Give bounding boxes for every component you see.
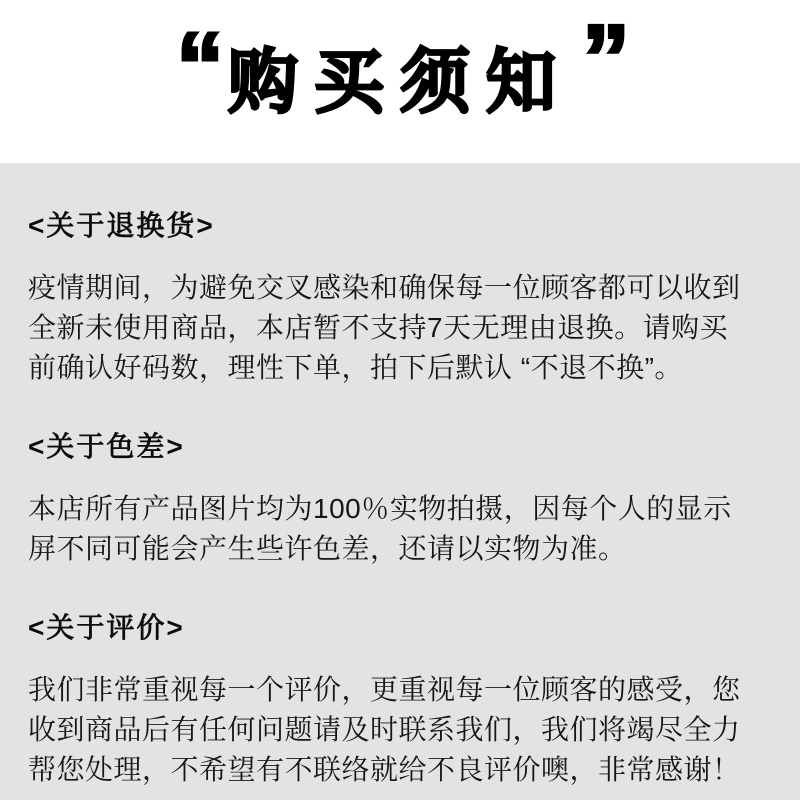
section-returns-body: 疫情期间，为避免交叉感染和确保每一位顾客都可以收到 全新未使用商品，本店暂不支持… — [28, 268, 772, 388]
section-color-difference-body: 本店所有产品图片均为100％实物拍摄，因每个人的显示 屏不同可能会产生些许色差，… — [28, 489, 772, 569]
section-color-difference-heading: <关于色差> — [28, 430, 772, 463]
title-text: 购买须知 — [228, 40, 572, 124]
header: “ 购买须知 ” — [0, 0, 800, 163]
section-reviews: <关于评价> 我们非常重视每一个评价，更重视每一位顾客的感受，您 收到商品后有任… — [28, 611, 772, 790]
purchase-notice-page: “ 购买须知 ” <关于退换货> 疫情期间，为避免交叉感染和确保每一位顾客都可以… — [0, 0, 800, 800]
section-returns-heading: <关于退换货> — [28, 209, 772, 242]
section-color-difference: <关于色差> 本店所有产品图片均为100％实物拍摄，因每个人的显示 屏不同可能会… — [28, 430, 772, 569]
notice-content: <关于退换货> 疫情期间，为避免交叉感染和确保每一位顾客都可以收到 全新未使用商… — [0, 163, 800, 800]
close-quote-icon: ” — [582, 24, 624, 94]
section-returns: <关于退换货> 疫情期间，为避免交叉感染和确保每一位顾客都可以收到 全新未使用商… — [28, 209, 772, 388]
section-reviews-heading: <关于评价> — [28, 611, 772, 644]
open-quote-icon: “ — [176, 32, 218, 102]
page-title: “ 购买须知 ” — [0, 0, 800, 106]
section-reviews-body: 我们非常重视每一个评价，更重视每一位顾客的感受，您 收到商品后有任何问题请及时联… — [28, 670, 772, 790]
